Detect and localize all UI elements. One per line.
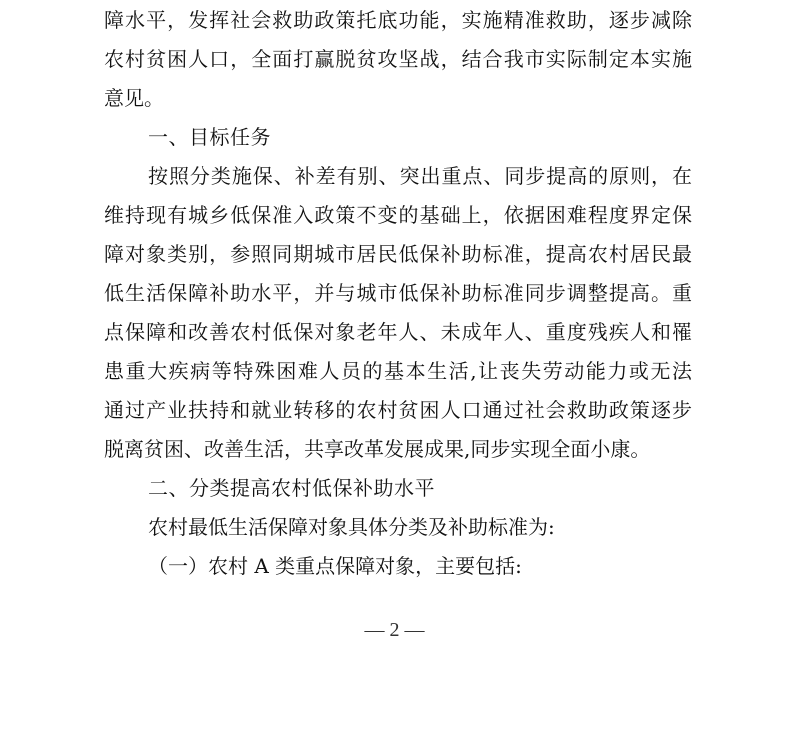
body-text-line: 通过产业扶持和就业转移的农村贫困人口通过社会救助政策逐步 (104, 391, 692, 430)
body-text-line: 维持现有城乡低保准入政策不变的基础上，依据困难程度界定保 (104, 196, 692, 235)
section-heading-classification: 二、分类提高农村低保补助水平 (148, 469, 435, 508)
section-heading-goals: 一、目标任务 (148, 118, 271, 157)
list-item-heading: （一）农村 A 类重点保障对象，主要包括: (148, 547, 692, 586)
page-number: — 2 — (0, 612, 789, 648)
body-text-line: 农村最低生活保障对象具体分类及补助标准为: (148, 508, 692, 547)
body-text-line: 障水平，发挥社会救助政策托底功能，实施精准救助，逐步减除 (104, 1, 692, 40)
document-page: 障水平，发挥社会救助政策托底功能，实施精准救助，逐步减除 农村贫困人口，全面打赢… (0, 0, 789, 729)
body-text-line: 低生活保障补助水平，并与城市低保补助标准同步调整提高。重 (104, 274, 692, 313)
body-text-line: 意见。 (104, 79, 692, 118)
body-text-line: 按照分类施保、补差有别、突出重点、同步提高的原则，在 (148, 157, 692, 196)
body-text-line: 障对象类别，参照同期城市居民低保补助标准，提高农村居民最 (104, 235, 692, 274)
body-text-line: 点保障和改善农村低保对象老年人、未成年人、重度残疾人和罹 (104, 313, 692, 352)
body-text-line: 脱离贫困、改善生活，共享改革发展成果,同步实现全面小康。 (104, 430, 692, 469)
body-text-line: 患重大疾病等特殊困难人员的基本生活,让丧失劳动能力或无法 (104, 352, 692, 391)
body-text-line: 农村贫困人口，全面打赢脱贫攻坚战，结合我市实际制定本实施 (104, 40, 692, 79)
